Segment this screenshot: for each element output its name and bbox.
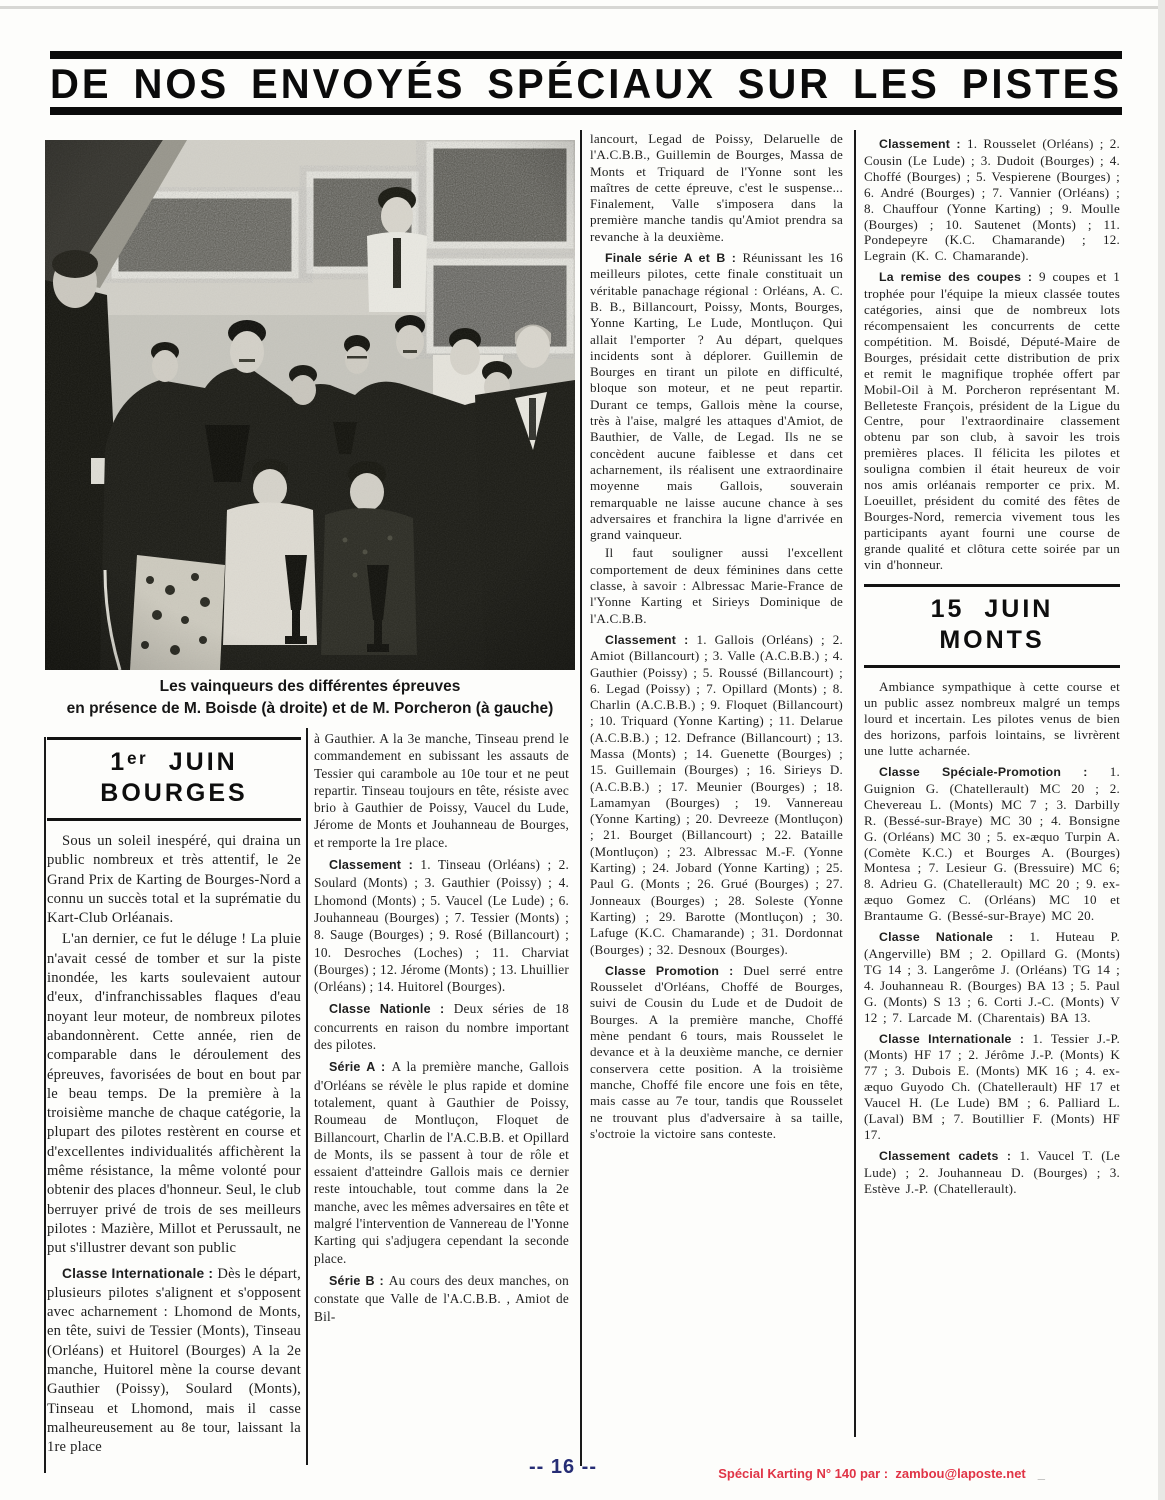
paragraph-text: L'an dernier, ce fut le déluge ! La plui… bbox=[47, 931, 301, 1256]
paragraph-text: 1. Tinseau (Orléans) ; 2. Soulard (Monts… bbox=[314, 857, 569, 994]
paragraph: Classement cadets : 1. Vaucel T. (Le Lud… bbox=[864, 1148, 1120, 1197]
paragraph-text: 1. Rousselet (Orléans) ; 2. Cousin (Le L… bbox=[864, 136, 1120, 263]
column-2: à Gauthier. A la 3e manche, Tinseau pren… bbox=[314, 730, 569, 1327]
paragraph: Classe Nationale : 1. Huteau P. (Angervi… bbox=[864, 929, 1120, 1025]
group-photo-svg bbox=[45, 140, 575, 670]
paragraph-text: A la première manche, Gallois d'Orléans … bbox=[314, 1059, 569, 1265]
paragraph: Classement : 1. Gallois (Orléans) ; 2. A… bbox=[590, 632, 843, 958]
newspaper-page: DE NOS ENVOYÉS SPÉCIAUX SUR LES PISTES bbox=[0, 0, 1165, 1500]
paragraph: Classe Spéciale-Promotion : 1. Guignion … bbox=[864, 764, 1120, 924]
paragraph: lancourt, Legad de Poissy, Delaruelle de… bbox=[590, 131, 843, 245]
section-title-line1: 1ᵉʳ JUIN bbox=[47, 747, 301, 778]
paragraph-lead: Classe Internationale : bbox=[879, 1032, 1033, 1046]
footer-cursor: _ bbox=[1026, 1466, 1045, 1481]
paragraph-lead: Classe Spéciale-Promotion : bbox=[879, 765, 1110, 779]
paragraph-text: 1. Gallois (Orléans) ; 2. Amiot (Billanc… bbox=[590, 632, 843, 957]
column-1: 1ᵉʳ JUIN BOURGES Sous un soleil inespéré… bbox=[47, 737, 301, 1460]
column-3: lancourt, Legad de Poissy, Delaruelle de… bbox=[590, 131, 843, 1144]
photo-caption-line1: Les vainqueurs des différentes épreuves bbox=[25, 676, 595, 698]
paragraph-lead: La remise des coupes : bbox=[879, 270, 1039, 284]
footer-credit: Spécial Karting N° 140 par : zambou@lapo… bbox=[718, 1466, 1045, 1481]
paragraph: La remise des coupes : 9 coupes et 1 tro… bbox=[864, 269, 1120, 572]
section-header-monts: 15 JUIN MONTS bbox=[864, 584, 1120, 668]
paragraph: Classe Nationle : Deux séries de 18 conc… bbox=[314, 1000, 569, 1053]
paragraph: à Gauthier. A la 3e manche, Tinseau pren… bbox=[314, 730, 569, 851]
column-rule-1-2 bbox=[306, 728, 308, 1465]
section-title-line2: MONTS bbox=[864, 625, 1120, 656]
paragraph-text: Dès le départ, plusieurs pilotes s'align… bbox=[47, 1266, 301, 1456]
column-rule-left bbox=[44, 737, 46, 1473]
column-rule-3-4 bbox=[854, 130, 856, 1437]
paragraph-text: lancourt, Legad de Poissy, Delaruelle de… bbox=[590, 131, 843, 244]
column-4: Classement : 1. Rousselet (Orléans) ; 2.… bbox=[864, 131, 1120, 1199]
paragraph-lead: Classement : bbox=[605, 633, 697, 647]
paragraph-text: Duel serré entre Rousselet d'Orléans, Ch… bbox=[590, 963, 843, 1141]
paragraph: Finale série A et B : Réunissant les 16 … bbox=[590, 250, 843, 543]
footer-credit-text: Spécial Karting N° 140 par : zambou@lapo… bbox=[718, 1466, 1026, 1481]
paragraph: Classe Promotion : Duel serré entre Rous… bbox=[590, 963, 843, 1142]
paragraph-text: Ambiance sympathique à cette course et u… bbox=[864, 679, 1120, 758]
page-title: DE NOS ENVOYÉS SPÉCIAUX SUR LES PISTES bbox=[50, 61, 1122, 108]
paragraph-text: 1. Guignion G. (Chatellerault) MC 20 ; 2… bbox=[864, 764, 1120, 923]
paragraph-lead: Finale série A et B : bbox=[605, 251, 742, 265]
photo-caption: Les vainqueurs des différentes épreuves … bbox=[25, 676, 595, 720]
column-rule-2-3 bbox=[580, 130, 582, 1466]
scan-artifact-right bbox=[1158, 0, 1165, 1500]
paragraph-lead: Classement cadets : bbox=[879, 1149, 1019, 1163]
paragraph: Classement : 1. Rousselet (Orléans) ; 2.… bbox=[864, 136, 1120, 264]
paragraph: Il faut souligner aussi l'excellent comp… bbox=[590, 545, 843, 626]
section-header-bourges: 1ᵉʳ JUIN BOURGES bbox=[47, 737, 301, 821]
paragraph-lead: Classe Internationale : bbox=[62, 1266, 217, 1281]
paragraph: Série A : A la première manche, Gallois … bbox=[314, 1058, 569, 1267]
paragraph-text: Sous un soleil inespéré, qui draina un p… bbox=[47, 833, 301, 926]
section-title-line2: BOURGES bbox=[47, 778, 301, 809]
paragraph: Classe Internationale : Dès le départ, p… bbox=[47, 1264, 301, 1458]
paragraph-lead: Série A : bbox=[329, 1060, 391, 1074]
paragraph-lead: Classe Nationale : bbox=[879, 930, 1029, 944]
paragraph-text: Il faut souligner aussi l'excellent comp… bbox=[590, 545, 843, 625]
page-number: -- 16 -- bbox=[463, 1456, 663, 1479]
paragraph: Sous un soleil inespéré, qui draina un p… bbox=[47, 832, 301, 928]
paragraph-lead: Série B : bbox=[329, 1274, 389, 1288]
photo-caption-line2: en présence de M. Boisde (à droite) et d… bbox=[25, 698, 595, 720]
paragraph-text: à Gauthier. A la 3e manche, Tinseau pren… bbox=[314, 731, 569, 850]
paragraph-lead: Classe Promotion : bbox=[605, 964, 743, 978]
paragraph: L'an dernier, ce fut le déluge ! La plui… bbox=[47, 930, 301, 1258]
paragraph-lead: Classe Nationle : bbox=[329, 1002, 454, 1016]
paragraph-text: 9 coupes et 1 trophée pour l'équipe la m… bbox=[864, 269, 1120, 571]
group-photo-illustration bbox=[45, 140, 575, 670]
paragraph-lead: Classement : bbox=[329, 858, 420, 872]
paragraph: Classement : 1. Tinseau (Orléans) ; 2. S… bbox=[314, 856, 569, 995]
paragraph: Classe Internationale : 1. Tessier J.-P.… bbox=[864, 1031, 1120, 1143]
scan-artifact-top bbox=[0, 6, 1165, 9]
paragraph-text: 1. Tessier J.-P. (Monts) HF 17 ; 2. Jérô… bbox=[864, 1031, 1120, 1142]
headline-rule-bottom bbox=[50, 107, 1122, 115]
paragraph: Série B : Au cours des deux manches, on … bbox=[314, 1272, 569, 1325]
paragraph-lead: Classement : bbox=[879, 137, 967, 151]
paragraph: Ambiance sympathique à cette course et u… bbox=[864, 679, 1120, 759]
headline-rule-top bbox=[50, 51, 1122, 59]
section-title-line1: 15 JUIN bbox=[864, 594, 1120, 625]
paragraph-text: Réunissant les 16 meilleurs pilotes, cet… bbox=[590, 250, 843, 542]
